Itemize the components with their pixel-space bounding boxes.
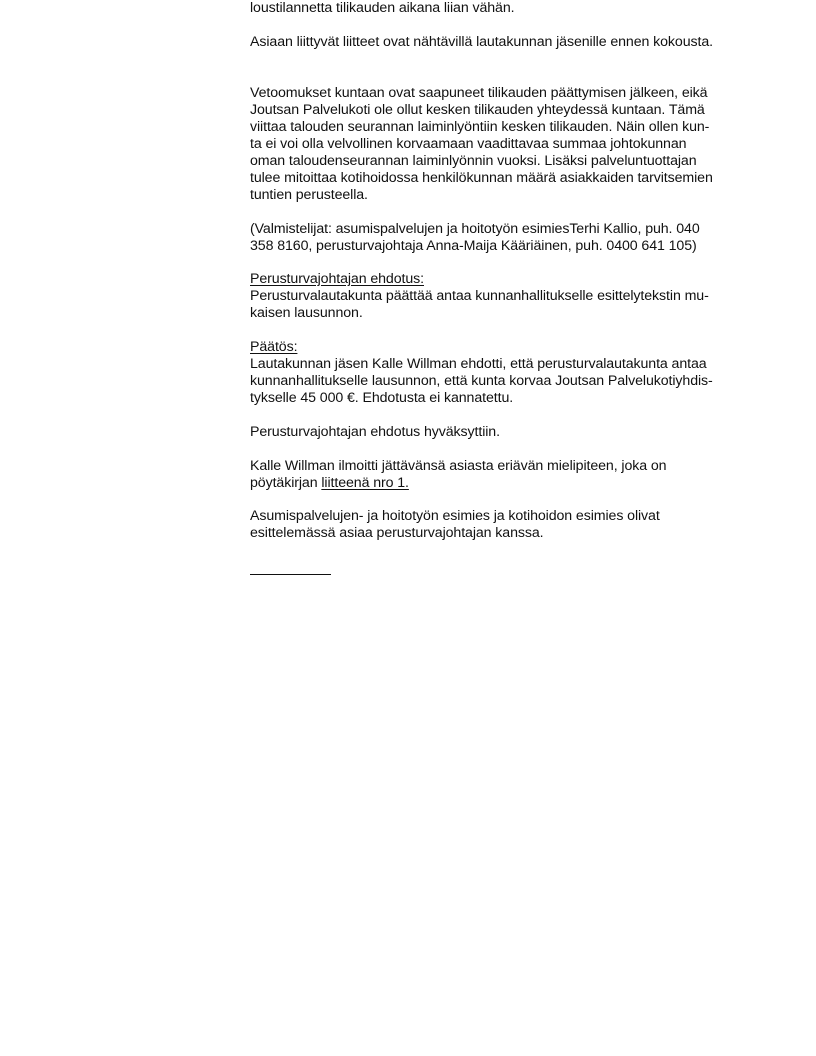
- text-line: kaisen lausunnon.: [250, 305, 750, 322]
- continuation-text: loustilannetta tilikauden aikana liian v…: [250, 0, 750, 17]
- text-line: Perusturvalautakunta päättää antaa kunna…: [250, 288, 750, 305]
- text-line: tulee mitoittaa kotihoidossa henkilökunn…: [250, 170, 750, 187]
- text-line: oman taloudenseurannan laiminlyönnin vuo…: [250, 153, 750, 170]
- complaints-paragraph: Vetoomukset kuntaan ovat saapuneet tilik…: [250, 85, 750, 204]
- text-line: 358 8160, perusturvajohtaja Anna-Maija K…: [250, 238, 750, 255]
- text-line: ta ei voi olla velvollinen korvaamaan va…: [250, 136, 750, 153]
- proposal-section: Perusturvajohtajan ehdotus: Perusturvala…: [250, 271, 750, 322]
- end-divider-line: [250, 574, 331, 575]
- preparers-paragraph: (Valmistelijat: asumispalvelujen ja hoit…: [250, 221, 750, 255]
- dissent-paragraph: Kalle Willman ilmoitti jättävänsä asiast…: [250, 458, 750, 492]
- text-line: tykselle 45 000 €. Ehdotusta ei kannatet…: [250, 390, 750, 407]
- dissent-prefix: pöytäkirjan: [250, 475, 321, 491]
- presenters-paragraph: Asumispalvelujen- ja hoitotyön esimies j…: [250, 508, 750, 542]
- text-line: viittaa talouden seurannan laiminlyöntii…: [250, 119, 750, 136]
- text-line: pöytäkirjan liitteenä nro 1.: [250, 475, 750, 492]
- decision-heading: Päätös:: [250, 339, 750, 356]
- text-line: Asumispalvelujen- ja hoitotyön esimies j…: [250, 508, 750, 525]
- attachments-note: Asiaan liittyvät liitteet ovat nähtävill…: [250, 34, 750, 51]
- text-line: loustilannetta tilikauden aikana liian v…: [250, 0, 750, 17]
- text-line: Perusturvajohtajan ehdotus hyväksyttiin.: [250, 424, 750, 441]
- text-line: Lautakunnan jäsen Kalle Willman ehdotti,…: [250, 356, 750, 373]
- proposal-heading: Perusturvajohtajan ehdotus:: [250, 271, 750, 288]
- text-line: (Valmistelijat: asumispalvelujen ja hoit…: [250, 221, 750, 238]
- attachment-1-link[interactable]: liitteenä nro 1.: [321, 475, 409, 491]
- text-line: esittelemässä asiaa perusturvajohtajan k…: [250, 525, 750, 542]
- text-line: Joutsan Palvelukoti ole ollut kesken til…: [250, 102, 750, 119]
- decision-section: Päätös: Lautakunnan jäsen Kalle Willman …: [250, 339, 750, 407]
- text-line: Vetoomukset kuntaan ovat saapuneet tilik…: [250, 85, 750, 102]
- text-line: tuntien perusteella.: [250, 187, 750, 204]
- text-line: kunnanhallitukselle lausunnon, että kunt…: [250, 373, 750, 390]
- text-line: Kalle Willman ilmoitti jättävänsä asiast…: [250, 458, 750, 475]
- text-line: Asiaan liittyvät liitteet ovat nähtävill…: [250, 34, 750, 51]
- approved-text: Perusturvajohtajan ehdotus hyväksyttiin.: [250, 424, 750, 441]
